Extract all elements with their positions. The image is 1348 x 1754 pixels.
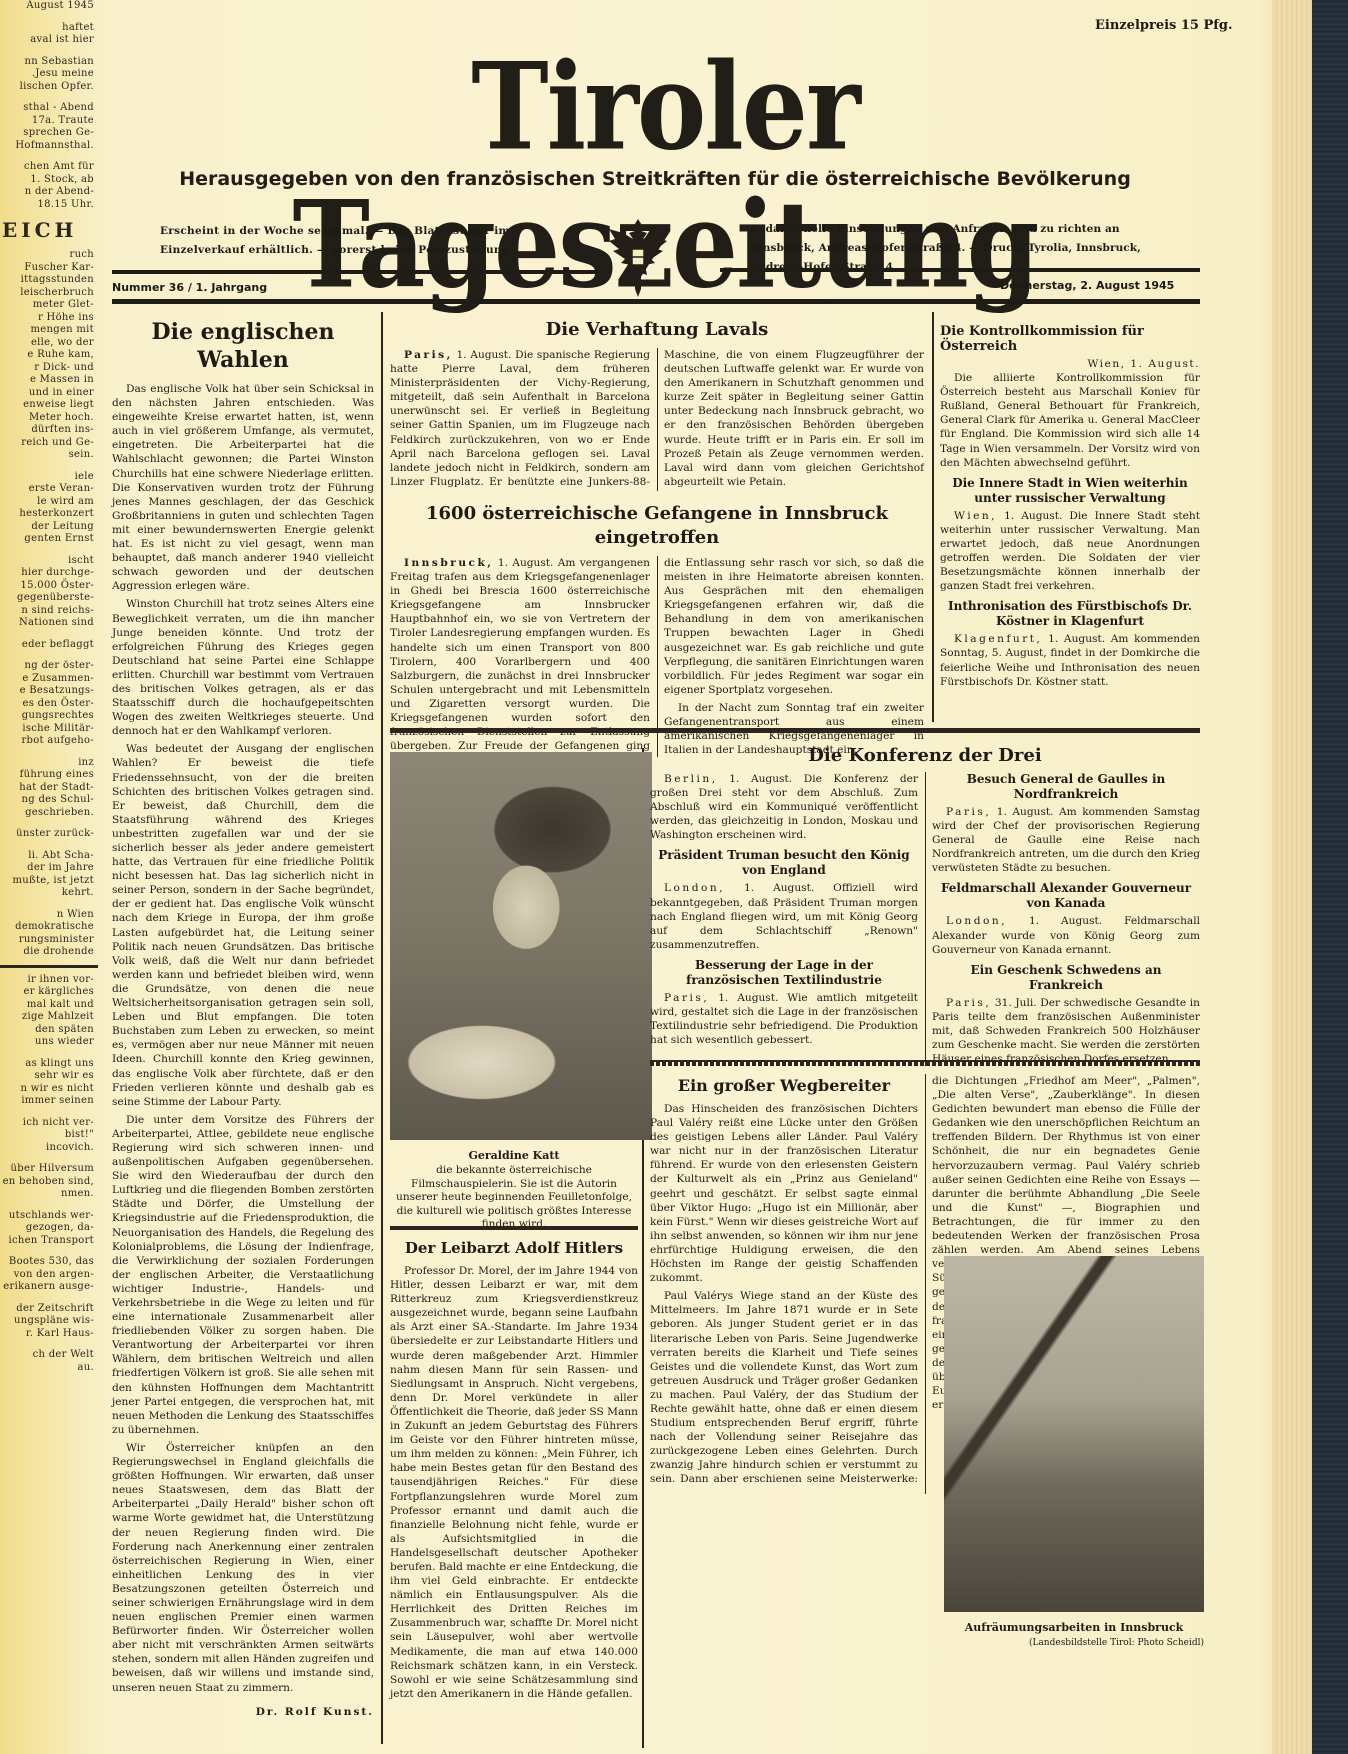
- previous-page-text-line: en behoben sind,: [0, 1176, 98, 1189]
- previous-page-text-line: [0, 1201, 98, 1210]
- previous-page-text-line: er kärgliches: [0, 986, 98, 999]
- previous-page-text-line: au.: [0, 1362, 98, 1375]
- previous-page-text-line: r. Karl Haus-: [0, 1328, 98, 1341]
- previous-page-text-line: gezogen, da-: [0, 1222, 98, 1235]
- previous-page-text-line: elle, wo der: [0, 337, 98, 350]
- news-item: Berlin, 1. August. Die Konferenz der gro…: [650, 772, 918, 842]
- previous-page-text-line: ünster zurück-: [0, 828, 98, 841]
- previous-page-text-line: ruch: [0, 249, 98, 262]
- paragraph: Das englische Volk hat über sein Schicks…: [112, 382, 374, 593]
- paragraph: Die alliierte Kontrollkommission für Öst…: [940, 371, 1200, 470]
- paragraph: Was bedeutet der Ausgang der englischen …: [112, 742, 374, 1108]
- previous-page-text-line: Fuscher Kar-: [0, 262, 98, 275]
- previous-page-text-line: geschrieben.: [0, 807, 98, 820]
- news-item: Paris, 1. August. Wie amtlich mitgeteilt…: [650, 991, 918, 1047]
- cleanup-work-photo: [944, 1256, 1204, 1612]
- previous-page-text-line: [0, 93, 98, 102]
- previous-page-text-line: zige Mahlzeit: [0, 1011, 98, 1024]
- previous-page-text-line: e Ruhe kam,: [0, 349, 98, 362]
- dateline: Paris,: [664, 992, 709, 1004]
- masthead-rule: [112, 270, 602, 274]
- section-rule: [390, 728, 1200, 733]
- headline: 1600 österreichische Gefangene in Innsbr…: [390, 502, 924, 550]
- previous-page-text-line: ittagsstunden: [0, 274, 98, 287]
- dateline: Paris,: [946, 806, 991, 818]
- column-divider: [932, 312, 934, 722]
- headline: Die englischen Wahlen: [112, 318, 374, 374]
- previous-page-text-line: [0, 748, 98, 757]
- photo-caption: Aufräumungsarbeiten in Innsbruck: [944, 1620, 1204, 1636]
- paragraph: 1. August. Die spanische Regierung hatte…: [390, 349, 924, 488]
- photo-subject-name: Geraldine Katt: [390, 1148, 638, 1164]
- section-rule: [390, 1226, 638, 1230]
- previous-page-text-line: führung eines: [0, 769, 98, 782]
- previous-page-text-line: r Dick- und: [0, 362, 98, 375]
- previous-page-text-line: n Wien: [0, 909, 98, 922]
- paragraph: Professor Dr. Morel, der im Jahre 1944 v…: [390, 1264, 638, 1701]
- previous-page-text-line: utschlands wer-: [0, 1210, 98, 1223]
- previous-page-text-line: dürften ins-: [0, 424, 98, 437]
- portrait-caption-block: Geraldine Katt die bekannte österreichis…: [390, 1148, 638, 1232]
- previous-page-text-line: 18.15 Uhr.: [0, 199, 98, 212]
- article-morell: Der Leibarzt Adolf Hitlers Professor Dr.…: [390, 1236, 638, 1705]
- photo-caption: die bekannte österreichische Filmschausp…: [390, 1164, 638, 1232]
- previous-page-text-line: ichen Transport: [0, 1235, 98, 1248]
- previous-page-text-line: [0, 841, 98, 850]
- previous-page-text-line: 15.000 Öster-: [0, 580, 98, 593]
- headline: Inthronisation des Fürstbischofs Dr. Kös…: [940, 599, 1200, 629]
- paragraph: Wir Österreicher knüpfen an den Regierun…: [112, 1441, 374, 1695]
- previous-page-text-line: [0, 462, 98, 471]
- previous-page-text-line: demokratische: [0, 921, 98, 934]
- previous-page-text-line: hesterkonzert: [0, 508, 98, 521]
- dateline: London,: [664, 882, 725, 894]
- previous-page-text-line: incovich.: [0, 1142, 98, 1155]
- dateline: Klagenfurt,: [954, 633, 1042, 645]
- price-label: Einzelpreis 15 Pfg.: [1095, 18, 1232, 33]
- previous-page-text-line: hat der Stadt-: [0, 782, 98, 795]
- dateline: Innsbruck,: [404, 557, 494, 569]
- previous-page-text-line: e Massen in: [0, 374, 98, 387]
- publication-notice: Erscheint in der Woche sechsmal. — Das B…: [160, 222, 570, 260]
- newspaper-subtitle: Herausgegeben von den französischen Stre…: [100, 168, 1210, 190]
- previous-page-text-line: der Leitung: [0, 521, 98, 534]
- news-item: Paris, 1. August. Am kommenden Samstag w…: [932, 805, 1200, 875]
- previous-page-text-line: den späten: [0, 1024, 98, 1037]
- masthead-bottom-rule: [112, 299, 1200, 304]
- previous-page-text-line: li. Abt Scha-: [0, 850, 98, 863]
- byline: Dr. Rolf Kunst.: [112, 1705, 374, 1719]
- dateline: Wien,: [954, 510, 997, 522]
- previous-page-text-line: [0, 1247, 98, 1256]
- portrait-photo: [390, 752, 652, 1140]
- previous-page-text-line: ungspläne wis-: [0, 1315, 98, 1328]
- previous-page-text-line: haftet: [0, 22, 98, 35]
- previous-page-text-line: immer seinen: [0, 1095, 98, 1108]
- previous-page-text-line: nn Sebastian: [0, 56, 98, 69]
- previous-page-text-line: nmen.: [0, 1188, 98, 1201]
- previous-page-text-line: sein.: [0, 449, 98, 462]
- previous-page-text-line: ng der öster-: [0, 660, 98, 673]
- previous-page-text-line: [0, 1049, 98, 1058]
- article-conference: Die Konferenz der Drei Berlin, 1. August…: [650, 744, 1200, 1066]
- previous-page-text-line: [0, 13, 98, 22]
- headline: Die Verhaftung Lavals: [390, 318, 924, 342]
- previous-page-text-line: August 1945: [0, 0, 98, 13]
- previous-page-text-line: mal kalt und: [0, 999, 98, 1012]
- previous-page-text-line: rbot aufgeho-: [0, 735, 98, 748]
- photo-credit: (Landesbildstelle Tirol: Photo Scheidl): [944, 1636, 1204, 1650]
- previous-page-text-line: ischt: [0, 555, 98, 568]
- previous-page-text-line: über Hilversum: [0, 1163, 98, 1176]
- previous-page-text-line: gegenüberste-: [0, 592, 98, 605]
- previous-page-text-line: Hofmannsthal.: [0, 140, 98, 153]
- previous-page-text-line: [0, 1294, 98, 1303]
- previous-page-text-line: .Jesu meine: [0, 68, 98, 81]
- dateline: London,: [946, 915, 1007, 927]
- previous-page-text-line: [0, 152, 98, 161]
- dateline: Wien, 1. August.: [940, 357, 1200, 371]
- previous-page-text-line: r Höhe ins: [0, 312, 98, 325]
- paragraph: Das Hinscheiden des französischen Dichte…: [650, 1102, 918, 1285]
- news-item: Paris, 31. Juli. Der schwedische Gesandt…: [932, 996, 1200, 1066]
- previous-page-text-line: hier durchge-: [0, 567, 98, 580]
- previous-page-text-line: gungsrechtes: [0, 710, 98, 723]
- previous-page-text-line: leischerbruch: [0, 287, 98, 300]
- headline: Ein großer Wegbereiter: [650, 1074, 918, 1098]
- dateline: Berlin,: [664, 773, 718, 785]
- previous-page-text-line: [0, 47, 98, 56]
- previous-page-text-line: [0, 651, 98, 660]
- previous-page-text-line: der im Jahre: [0, 862, 98, 875]
- previous-page-text-line: e Zusammen-: [0, 673, 98, 686]
- previous-page-text-line: aval ist hier: [0, 34, 98, 47]
- book-binding: [1312, 0, 1348, 1754]
- previous-page-text-line: von den argen-: [0, 1269, 98, 1282]
- previous-page-text-line: Meter hoch.: [0, 412, 98, 425]
- column-divider: [381, 312, 383, 1744]
- issue-number: Nummer 36 / 1. Jahrgang: [112, 281, 267, 294]
- previous-page-text-line: es den Öster-: [0, 698, 98, 711]
- previous-page-text-line: bist!": [0, 1129, 98, 1142]
- previous-page-text-line: ir ihnen vor-: [0, 974, 98, 987]
- paragraph: 1. August. Die Innere Stadt steht weiter…: [940, 510, 1200, 592]
- previous-page-text-line: ich nicht ver-: [0, 1117, 98, 1130]
- previous-page-text-line: reich und Ge-: [0, 437, 98, 450]
- previous-page-text-line: 17a. Traute: [0, 115, 98, 128]
- masthead-rule: [720, 268, 1200, 272]
- previous-page-text-line: eder beflaggt: [0, 639, 98, 652]
- previous-page-text-line: n der Abend-: [0, 186, 98, 199]
- headline: Der Leibarzt Adolf Hitlers: [390, 1236, 638, 1260]
- previous-page-text-line: ch der Welt: [0, 1349, 98, 1362]
- previous-page-text-line: genten Ernst: [0, 533, 98, 546]
- previous-page-text-line: ng des Schul-: [0, 794, 98, 807]
- article-english-elections: Die englischen Wahlen Das englische Volk…: [112, 318, 374, 1719]
- previous-page-text-line: der Zeitschrift: [0, 1303, 98, 1316]
- previous-page-text-line: meter Glet-: [0, 299, 98, 312]
- previous-page-text-line: [0, 1154, 98, 1163]
- paragraph: Die unter dem Vorsitze des Führers der A…: [112, 1113, 374, 1437]
- previous-page-text-line: [0, 630, 98, 639]
- previous-page-text-line: [0, 546, 98, 555]
- issue-date: Donnerstag, 2. August 1945: [1000, 279, 1174, 292]
- previous-page-text-line: erste Veran-: [0, 483, 98, 496]
- previous-page-text-line: sprechen Ge-: [0, 127, 98, 140]
- article-prisoners: 1600 österreichische Gefangene in Innsbr…: [390, 502, 924, 757]
- previous-page-text-line: mengen mit: [0, 324, 98, 337]
- news-item: London, 1. August. Offiziell wird bekann…: [650, 881, 918, 951]
- subheadline: Ein Geschenk Schwedens an Frankreich: [932, 963, 1200, 993]
- previous-page-text-line: lischen Opfer.: [0, 81, 98, 94]
- article-control-commission: Die Kontrollkommission für Österreich Wi…: [940, 318, 1200, 693]
- headline: Die Innere Stadt in Wien weiterhin unter…: [940, 476, 1200, 506]
- previous-page-text-line: [0, 819, 98, 828]
- previous-page-text-line: le wird am: [0, 496, 98, 509]
- dateline: Paris,: [404, 349, 453, 361]
- previous-page-text-line: inz: [0, 757, 98, 770]
- previous-page-text-line: Nationen sind: [0, 617, 98, 630]
- previous-page-text-line: [0, 1108, 98, 1117]
- news-item: London, 1. August. Feldmarschall Alexand…: [932, 914, 1200, 956]
- previous-page-text-line: ische Militär-: [0, 723, 98, 736]
- subheadline: Präsident Truman besucht den König von E…: [650, 848, 918, 878]
- previous-page-text-line: 1. Stock, ab: [0, 174, 98, 187]
- previous-page-text-line: n wir es nicht: [0, 1083, 98, 1096]
- cleanup-caption-block: Aufräumungsarbeiten in Innsbruck (Landes…: [944, 1620, 1204, 1650]
- headline: Die Kontrollkommission für Österreich: [940, 324, 1200, 354]
- previous-page-text-line: iele: [0, 471, 98, 484]
- dateline: Paris,: [946, 997, 991, 1009]
- decorative-rule: [650, 1060, 1200, 1066]
- tyrolean-eagle-icon: [603, 215, 673, 297]
- subheadline: Besserung der Lage in der französischen …: [650, 958, 918, 988]
- subheadline: Besuch General de Gaulles in Nordfrankre…: [932, 772, 1200, 802]
- previous-page-text-line: mußte, ist jetzt: [0, 875, 98, 888]
- previous-page-text-line: Bootes 530, das: [0, 1256, 98, 1269]
- headline: Die Konferenz der Drei: [650, 744, 1200, 768]
- article-laval-arrest: Die Verhaftung Lavals Paris, 1. August. …: [390, 318, 924, 491]
- previous-page-strip: August 1945haftetaval ist hiernn Sebasti…: [0, 0, 98, 1754]
- previous-page-text-line: und in einer: [0, 387, 98, 400]
- previous-page-text-line: die drohende: [0, 946, 98, 959]
- previous-page-text-line: erikanern ausge-: [0, 1281, 98, 1294]
- previous-page-text-line: enweise liegt: [0, 399, 98, 412]
- previous-page-text-line: uns wieder: [0, 1036, 98, 1049]
- previous-page-text-line: e Besatzungs-: [0, 685, 98, 698]
- subheadline: Feldmarschall Alexander Gouverneur von K…: [932, 881, 1200, 911]
- previous-page-text-line: sthal - Abend: [0, 102, 98, 115]
- page-stack-edge: [1272, 0, 1312, 1754]
- previous-page-text-line: n sind reichs-: [0, 605, 98, 618]
- paragraph: Winston Churchill hat trotz seines Alter…: [112, 597, 374, 738]
- previous-page-text-line: kehrt.: [0, 887, 98, 900]
- previous-page-text-line: rungsminister: [0, 934, 98, 947]
- previous-page-text-line: as klingt uns: [0, 1058, 98, 1071]
- previous-page-text-line: [0, 900, 98, 909]
- previous-page-text-line: chen Amt für: [0, 161, 98, 174]
- previous-page-banner: EICH: [0, 217, 98, 243]
- previous-page-text-line: sehr wir es: [0, 1070, 98, 1083]
- previous-page-text-line: [0, 1340, 98, 1349]
